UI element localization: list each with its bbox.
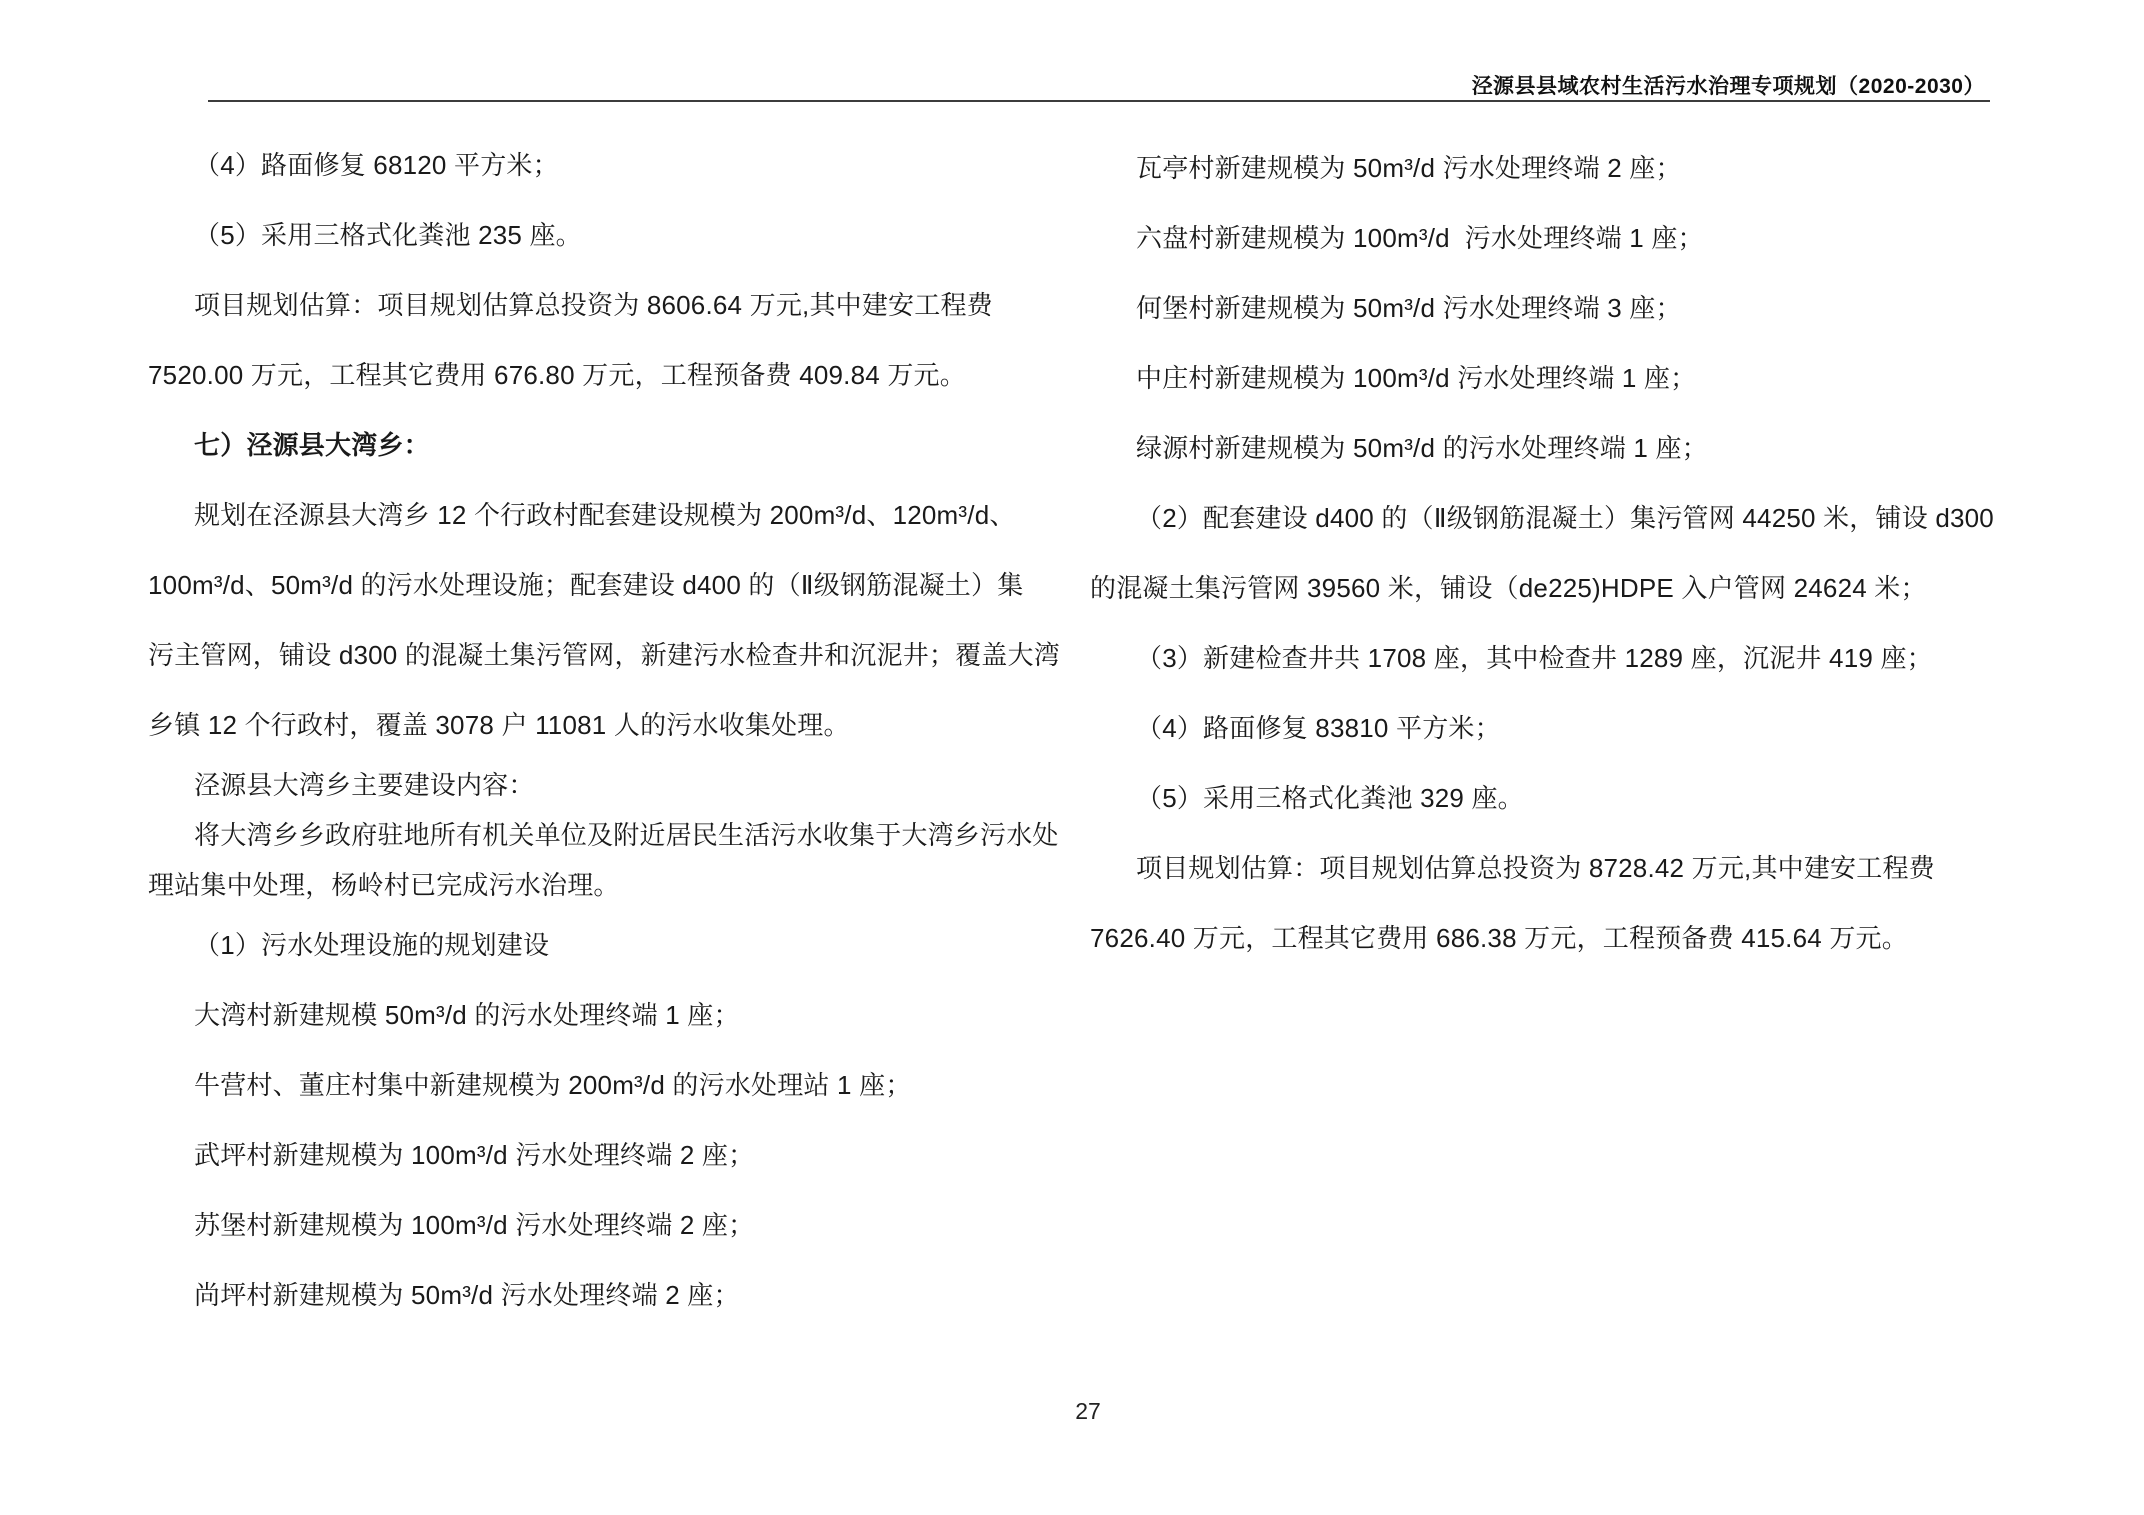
text-line: 苏堡村新建规模为 100m³/d 污水处理终端 2 座； (148, 1190, 1063, 1260)
text-line: （3）新建检查井共 1708 座，其中检查井 1289 座，沉泥井 419 座； (1090, 623, 2090, 693)
document-page: 泾源县县域农村生活污水治理专项规划（2020-2030） （4）路面修复 681… (0, 0, 2144, 1515)
text-line: 绿源村新建规模为 50m³/d 的污水处理终端 1 座； (1090, 413, 2090, 483)
text-line: 将大湾乡乡政府驻地所有机关单位及附近居民生活污水收集于大湾乡污水处 (148, 810, 1063, 860)
text-line: 乡镇 12 个行政村，覆盖 3078 户 11081 人的污水收集处理。 (148, 690, 1063, 760)
text-line: 的混凝土集污管网 39560 米，铺设（de225)HDPE 入户管网 2462… (1090, 553, 2090, 623)
left-column: （4）路面修复 68120 平方米； （5）采用三格式化粪池 235 座。 项目… (148, 130, 1063, 1330)
header-divider (208, 100, 1990, 102)
text-line: 六盘村新建规模为 100m³/d 污水处理终端 1 座； (1090, 203, 2090, 273)
text-line: 项目规划估算：项目规划估算总投资为 8606.64 万元,其中建安工程费 (148, 270, 1063, 340)
page-number: 27 (0, 1398, 2144, 1425)
text-line: 大湾村新建规模 50m³/d 的污水处理终端 1 座； (148, 980, 1063, 1050)
text-line: （1）污水处理设施的规划建设 (148, 910, 1063, 980)
text-line: （4）路面修复 83810 平方米； (1090, 693, 2090, 763)
right-column: 瓦亭村新建规模为 50m³/d 污水处理终端 2 座； 六盘村新建规模为 100… (1090, 133, 2090, 973)
text-line: 7626.40 万元，工程其它费用 686.38 万元，工程预备费 415.64… (1090, 903, 2090, 973)
text-line: （2）配套建设 d400 的（Ⅱ级钢筋混凝土）集污管网 44250 米，铺设 d… (1090, 483, 2090, 553)
text-line: 100m³/d、50m³/d 的污水处理设施；配套建设 d400 的（Ⅱ级钢筋混… (148, 550, 1063, 620)
text-line: （5）采用三格式化粪池 329 座。 (1090, 763, 2090, 833)
text-line: 何堡村新建规模为 50m³/d 污水处理终端 3 座； (1090, 273, 2090, 343)
text-line: 泾源县大湾乡主要建设内容： (148, 760, 1063, 810)
page-header-title: 泾源县县域农村生活污水治理专项规划（2020-2030） (0, 70, 1985, 100)
text-line: 理站集中处理，杨岭村已完成污水治理。 (148, 860, 1063, 910)
text-line: （5）采用三格式化粪池 235 座。 (148, 200, 1063, 270)
text-line: 瓦亭村新建规模为 50m³/d 污水处理终端 2 座； (1090, 133, 2090, 203)
text-line: 污主管网，铺设 d300 的混凝土集污管网，新建污水检查井和沉泥井；覆盖大湾 (148, 620, 1063, 690)
text-line: 项目规划估算：项目规划估算总投资为 8728.42 万元,其中建安工程费 (1090, 833, 2090, 903)
section-heading: 七）泾源县大湾乡： (148, 410, 1063, 480)
text-line: 牛营村、董庄村集中新建规模为 200m³/d 的污水处理站 1 座； (148, 1050, 1063, 1120)
text-line: 7520.00 万元，工程其它费用 676.80 万元，工程预备费 409.84… (148, 340, 1063, 410)
text-line: 武坪村新建规模为 100m³/d 污水处理终端 2 座； (148, 1120, 1063, 1190)
text-line: 规划在泾源县大湾乡 12 个行政村配套建设规模为 200m³/d、120m³/d… (148, 480, 1063, 550)
text-line: 尚坪村新建规模为 50m³/d 污水处理终端 2 座； (148, 1260, 1063, 1330)
text-line: 中庄村新建规模为 100m³/d 污水处理终端 1 座； (1090, 343, 2090, 413)
text-line: （4）路面修复 68120 平方米； (148, 130, 1063, 200)
